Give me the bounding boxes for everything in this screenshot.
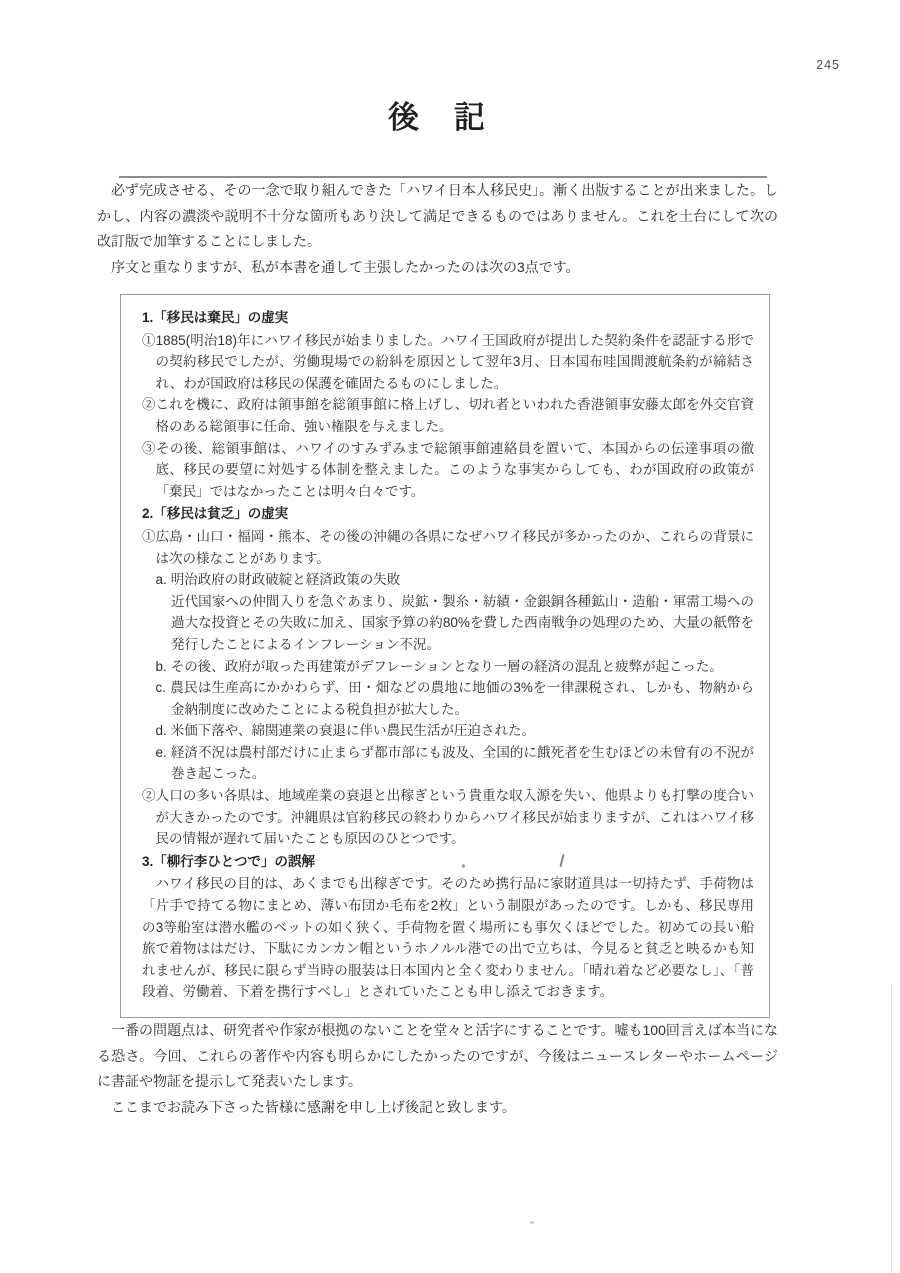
- item-text: 米価下落や、綿関連業の衰退に伴い農民生活が圧迫された。: [171, 723, 535, 738]
- item-marker: d.: [156, 723, 167, 738]
- item-marker: ①: [142, 529, 156, 544]
- section-3-heading: 3.「柳行李ひとつで」の誤解: [142, 851, 754, 873]
- scanned-book-page: 245 後 記 必ず完成させる、その一念で取り組んできた「ハワイ日本人移民史」。…: [0, 0, 900, 1273]
- item-marker: b.: [156, 659, 167, 674]
- lettered-item: e.経済不況は農村部だけに止まらず都市部にも波及、全国的に餓死者を生むほどの未曾…: [156, 742, 755, 785]
- item-text: 農民は生産高にかかわらず、田・畑などの農地に地価の3%を一律課税され、しかも、物…: [170, 680, 754, 717]
- section-2: 2.「移民は貧乏」の虚実 ①広島・山口・福岡・熊本、その後の沖縄の各県になぜハワ…: [142, 503, 754, 850]
- closing-paragraph-2: ここまでお読み下さった皆様に感謝を申し上げ後記と致します。: [97, 1095, 778, 1121]
- item-text: その後、総領事館は、ハワイのすみずみまで総領事館連絡員を置いて、本国からの伝達事…: [156, 441, 755, 499]
- numbered-item: ①広島・山口・福岡・熊本、その後の沖縄の各県になぜハワイ移民が多かったのか、これ…: [142, 526, 754, 569]
- numbered-item: ②これを機に、政府は領事館を総領事館に格上げし、切れ者といわれた香港領事安藤太郎…: [142, 394, 754, 437]
- numbered-item: ②人口の多い各県は、地域産業の衰退と出稼ぎという貴重な収入源を失い、他県よりも打…: [142, 785, 754, 850]
- numbered-item: ①1885(明治18)年にハワイ移民が始まりました。ハワイ王国政府が提出した契約…: [142, 330, 754, 395]
- item-text: 明治政府の財政破綻と経済政策の失敗: [171, 572, 401, 587]
- scan-speck: [462, 864, 465, 868]
- item-text: 広島・山口・福岡・熊本、その後の沖縄の各県になぜハワイ移民が多かったのか、これら…: [156, 529, 755, 566]
- lettered-item: d.米価下落や、綿関連業の衰退に伴い農民生活が圧迫された。: [156, 720, 755, 742]
- section-3: 3.「柳行李ひとつで」の誤解 ハワイ移民の目的は、あくまでも出稼ぎです。そのため…: [142, 851, 754, 1003]
- page-title: 後 記: [97, 97, 778, 139]
- item-marker: ③: [142, 441, 156, 456]
- item-text: これを機に、政府は領事館を総領事館に格上げし、切れ者といわれた香港領事安藤太郎を…: [156, 397, 755, 434]
- section-3-paragraph: ハワイ移民の目的は、あくまでも出稼ぎです。そのため携行品に家財道具は一切持たず、…: [142, 873, 754, 1003]
- item-marker: a.: [156, 572, 167, 587]
- closing-paragraph-1: 一番の問題点は、研究者や作家が根拠のないことを堂々と活字にすることです。嘘も10…: [97, 1018, 778, 1095]
- page-number: 245: [816, 58, 840, 72]
- item-text: その後、政府が取った再建策がデフレーションとなり一層の経済の混乱と疲弊が起こった…: [171, 659, 723, 674]
- item-marker: ①: [142, 333, 156, 348]
- scan-speck: [530, 1221, 534, 1224]
- intro-paragraph-2: 序文と重なりますが、私が本書を通して主張したかったのは次の3点です。: [97, 255, 778, 281]
- section-1-heading: 1.「移民は棄民」の虚実: [142, 307, 754, 329]
- intro-paragraph-1: 必ず完成させる、その一念で取り組んできた「ハワイ日本人移民史」。漸く出版すること…: [97, 178, 778, 255]
- lettered-item: a.明治政府の財政破綻と経済政策の失敗: [156, 569, 755, 591]
- item-text: 1885(明治18)年にハワイ移民が始まりました。ハワイ王国政府が提出した契約条…: [156, 333, 755, 391]
- item-marker: ②: [142, 788, 156, 803]
- numbered-item: ③その後、総領事館は、ハワイのすみずみまで総領事館連絡員を置いて、本国からの伝達…: [142, 438, 754, 503]
- lettered-item-body: 近代国家への仲間入りを急ぐあまり、炭鉱・製糸・紡績・金銀銅各種鉱山・造船・軍需工…: [171, 591, 754, 656]
- lettered-item: b.その後、政府が取った再建策がデフレーションとなり一層の経済の混乱と疲弊が起こ…: [156, 656, 755, 678]
- item-text: 経済不況は農村部だけに止まらず都市部にも波及、全国的に餓死者を生むほどの未曾有の…: [171, 745, 754, 782]
- item-text: 人口の多い各県は、地域産業の衰退と出稼ぎという貴重な収入源を失い、他県よりも打撃…: [156, 788, 755, 846]
- lettered-item: c.農民は生産高にかかわらず、田・畑などの農地に地価の3%を一律課税され、しかも…: [156, 677, 755, 720]
- page-content-column: 後 記 必ず完成させる、その一念で取り組んできた「ハワイ日本人移民史」。漸く出版…: [97, 0, 778, 1120]
- item-marker: ②: [142, 397, 156, 412]
- key-points-box: 1.「移民は棄民」の虚実 ①1885(明治18)年にハワイ移民が始まりました。ハ…: [120, 294, 770, 1018]
- section-1: 1.「移民は棄民」の虚実 ①1885(明治18)年にハワイ移民が始まりました。ハ…: [142, 307, 754, 502]
- item-marker: e.: [156, 745, 167, 760]
- scan-edge-line: [891, 985, 892, 1273]
- section-2-heading: 2.「移民は貧乏」の虚実: [142, 503, 754, 525]
- item-marker: c.: [156, 680, 167, 695]
